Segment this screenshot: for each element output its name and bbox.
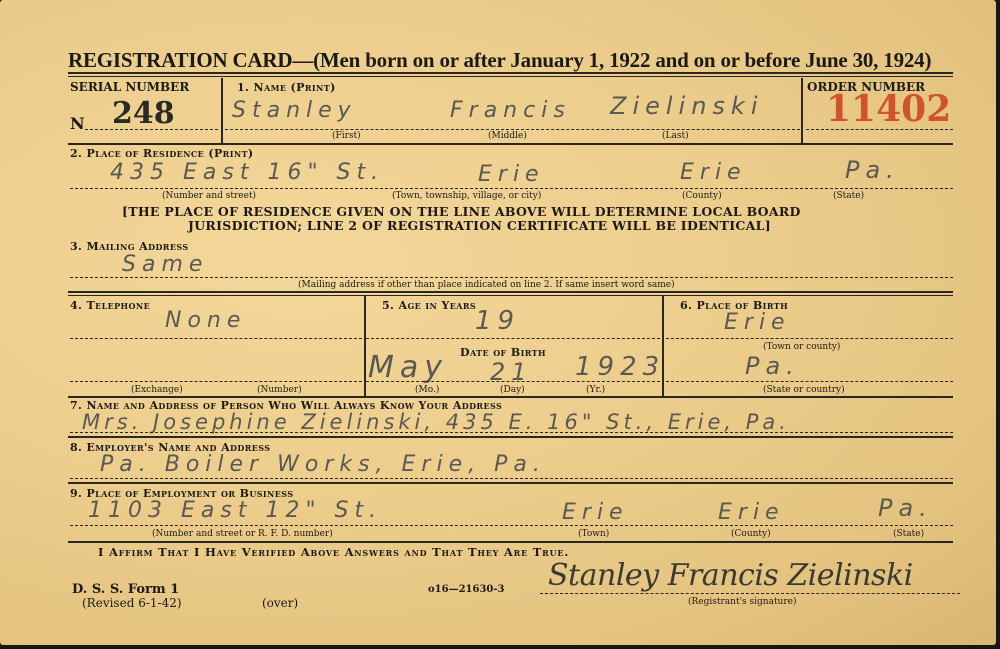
dash-line xyxy=(225,129,800,130)
dash-line xyxy=(70,188,953,189)
name-label: 1. Name (Print) xyxy=(237,81,336,94)
birth-state-caption: (State or country) xyxy=(763,385,845,395)
divider xyxy=(68,482,953,484)
employment-state-value: Pa. xyxy=(878,494,933,522)
employment-street-caption: (Number and street or R. F. D. number) xyxy=(152,529,333,539)
employment-county-value: Erie xyxy=(718,500,785,525)
registration-card: REGISTRATION CARD—(Men born on or after … xyxy=(0,0,996,645)
serial-prefix: N xyxy=(70,114,85,133)
dash-line xyxy=(366,338,660,339)
county-caption: (County) xyxy=(682,191,722,201)
affirmation-text: I Affirm That I Have Verified Above Answ… xyxy=(98,545,569,559)
order-number-value: 11402 xyxy=(826,88,951,130)
employment-street-value: 1103 East 12" St. xyxy=(88,498,382,523)
state-caption: (State) xyxy=(833,191,864,201)
dash-line xyxy=(70,478,953,479)
dash-line xyxy=(366,381,660,382)
birth-month-value: May xyxy=(368,350,448,385)
middle-caption: (Middle) xyxy=(488,131,527,141)
card-title: REGISTRATION CARD—(Men born on or after … xyxy=(68,48,931,73)
age-label: 5. Age in Years xyxy=(382,299,476,312)
street-caption: (Number and street) xyxy=(162,191,256,201)
dash-line xyxy=(806,129,953,130)
town-caption: (Town, township, village, or city) xyxy=(392,191,541,201)
birth-town-caption: (Town or county) xyxy=(763,342,840,352)
employer-value: Pa. Boiler Works, Erie, Pa. xyxy=(100,452,546,477)
residence-notice-line1: [THE PLACE OF RESIDENCE GIVEN ON THE LIN… xyxy=(122,204,801,219)
year-caption: (Yr.) xyxy=(586,385,605,395)
divider xyxy=(68,436,953,438)
residence-county-value: Erie xyxy=(680,160,747,185)
divider xyxy=(68,396,953,398)
telephone-label: 4. Telephone xyxy=(70,299,150,312)
dash-line xyxy=(85,129,218,130)
signature-caption: (Registrant's signature) xyxy=(688,597,797,607)
divider xyxy=(801,78,803,143)
form-name: D. S. S. Form 1 xyxy=(72,582,179,597)
dash-line xyxy=(666,338,953,339)
first-name-value: Stanley xyxy=(232,98,357,123)
dash-line xyxy=(540,593,960,594)
residence-street-value: 435 East 16" St. xyxy=(110,160,384,185)
serial-number-value: 248 xyxy=(112,96,175,131)
birth-year-value: 1923 xyxy=(575,352,665,382)
number-caption: (Number) xyxy=(257,385,302,395)
last-name-value: Zielinski xyxy=(610,92,764,120)
employment-town-value: Erie xyxy=(562,500,629,525)
employment-state-caption: (State) xyxy=(893,529,924,539)
age-value: 19 xyxy=(475,306,520,336)
first-caption: (First) xyxy=(332,131,361,141)
dash-line xyxy=(70,277,953,278)
divider xyxy=(68,76,953,77)
employment-town-caption: (Town) xyxy=(578,529,609,539)
registrant-signature: Stanley Francis Zielinski xyxy=(548,558,913,593)
month-caption: (Mo.) xyxy=(415,385,439,395)
over-note: (over) xyxy=(262,596,298,610)
divider xyxy=(68,541,953,543)
middle-name-value: Francis xyxy=(450,98,571,123)
employment-county-caption: (County) xyxy=(731,529,771,539)
exchange-caption: (Exchange) xyxy=(131,385,183,395)
birth-town-value: Erie xyxy=(724,310,791,335)
dash-line xyxy=(70,432,953,433)
last-caption: (Last) xyxy=(662,131,689,141)
mailing-address-value: Same xyxy=(122,252,208,277)
residence-label: 2. Place of Residence (Print) xyxy=(70,147,254,160)
residence-town-value: Erie xyxy=(478,162,545,187)
serial-number-label: SERIAL NUMBER xyxy=(70,80,189,94)
form-code: o16—21630-3 xyxy=(428,584,504,595)
contact-person-value: Mrs. Josephine Zielinski, 435 E. 16" St.… xyxy=(82,410,790,434)
divider xyxy=(68,291,953,293)
divider xyxy=(68,295,953,296)
day-caption: (Day) xyxy=(500,385,525,395)
divider xyxy=(662,296,664,396)
dash-line xyxy=(70,338,362,339)
telephone-value: None xyxy=(165,308,246,333)
birth-state-value: Pa. xyxy=(745,352,800,380)
dash-line xyxy=(666,381,953,382)
divider xyxy=(68,72,953,74)
dash-line xyxy=(70,525,953,526)
form-revised: (Revised 6-1-42) xyxy=(82,596,182,610)
residence-notice-line2: JURISDICTION; LINE 2 OF REGISTRATION CER… xyxy=(188,218,771,233)
divider xyxy=(221,78,223,143)
mailing-caption: (Mailing address if other than place ind… xyxy=(298,280,675,290)
divider xyxy=(68,143,953,145)
residence-state-value: Pa. xyxy=(845,156,900,184)
dash-line xyxy=(70,381,362,382)
